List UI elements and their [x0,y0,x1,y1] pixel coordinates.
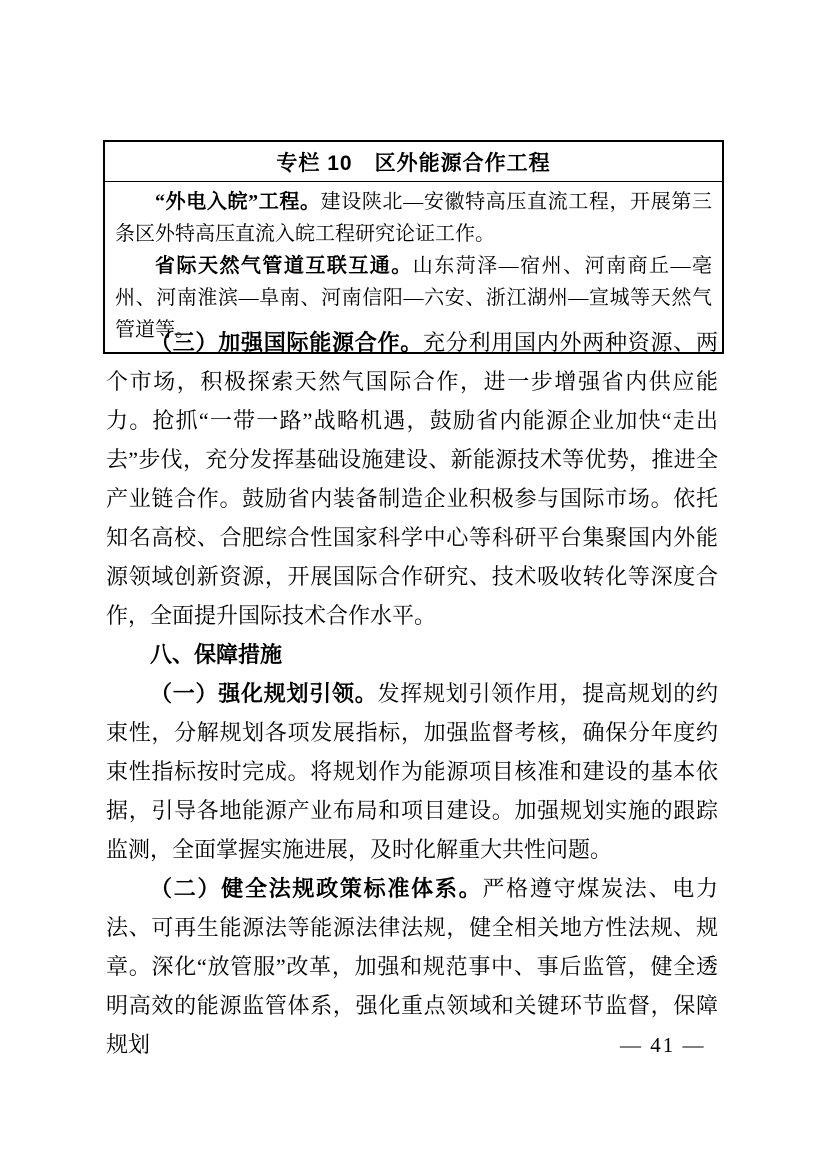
callout-paragraph-power: “外电入皖”工程。建设陕北—安徽特高压直流工程，开展第三条区外特高压直流入皖工程… [115,186,712,250]
document-page: 专栏 10 区外能源合作工程 “外电入皖”工程。建设陕北—安徽特高压直流工程，开… [0,0,826,1169]
section-heading-safeguards: 八、保障措施 [106,635,718,674]
callout-box-title: 专栏 10 区外能源合作工程 [105,142,722,182]
paragraph-lead: （一）强化规划引领。 [150,681,378,706]
page-number: — 41 — [620,1032,706,1058]
paragraph-international-cooperation: （三）加强国际能源合作。充分利用国内外两种资源、两个市场，积极探索天然气国际合作… [106,323,718,635]
paragraph-planning-guidance: （一）强化规划引领。发挥规划引领作用，提高规划的约束性，分解规划各项发展指标，加… [106,674,718,869]
callout-box: 专栏 10 区外能源合作工程 “外电入皖”工程。建设陕北—安徽特高压直流工程，开… [103,140,724,354]
paragraph-lead: （三）加强国际能源合作。 [150,330,423,355]
paragraph-text: 充分利用国内外两种资源、两个市场，积极探索天然气国际合作，进一步增强省内供应能力… [106,330,718,628]
paragraph-text: 发挥规划引领作用，提高规划的约束性，分解规划各项发展指标，加强监督考核，确保分年… [106,681,718,862]
paragraph-text: 严格遵守煤炭法、电力法、可再生能源法等能源法律法规，健全相关地方性法规、规章。深… [106,876,718,1057]
callout-paragraph-lead: “外电入皖”工程。 [155,191,321,213]
paragraph-lead: （二）健全法规政策标准体系。 [150,876,482,901]
callout-paragraph-lead: 省际天然气管道互联互通。 [155,255,413,277]
document-body: （三）加强国际能源合作。充分利用国内外两种资源、两个市场，积极探索天然气国际合作… [106,323,718,1064]
